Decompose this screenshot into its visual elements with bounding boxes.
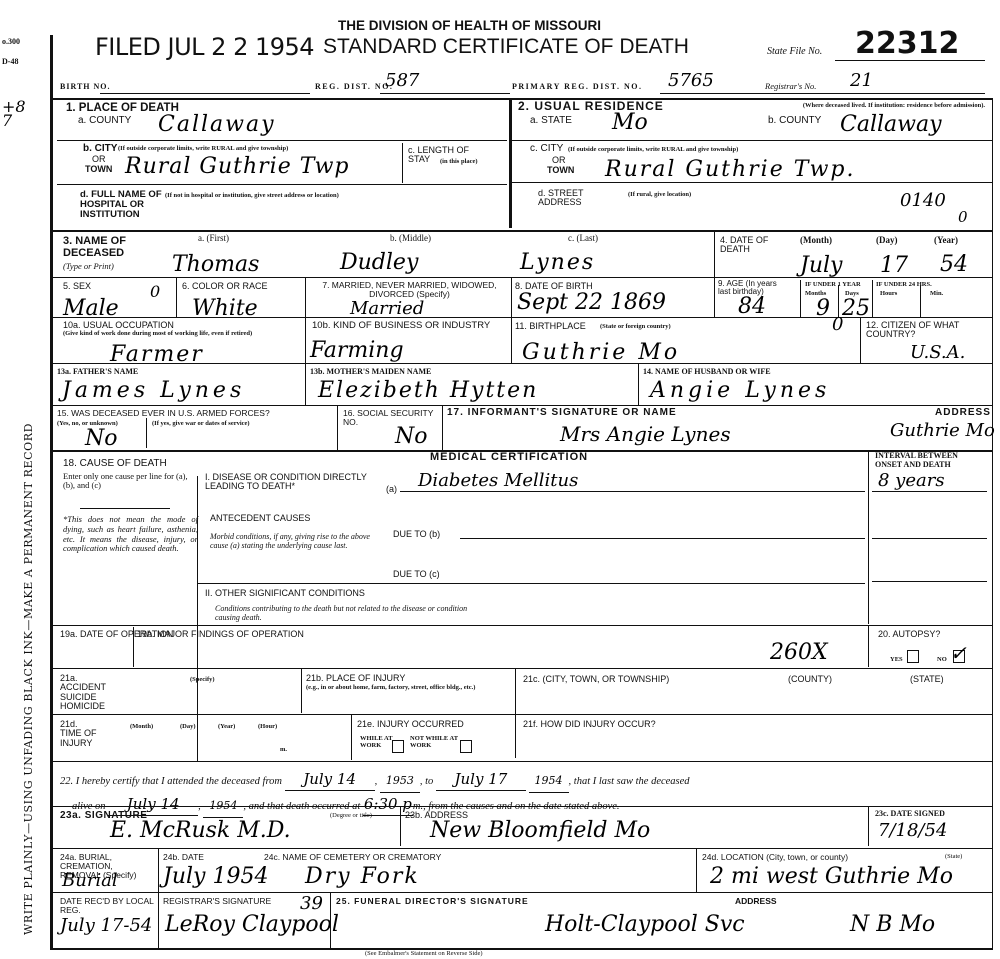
date-signed-value: 7/18/54 (878, 820, 947, 841)
first-name-value: Thomas (172, 252, 259, 277)
line-19 (50, 668, 993, 669)
line-22 (50, 806, 993, 807)
injury-county-label: (COUNTY) (788, 675, 832, 684)
spouse-value: Angie Lynes (650, 378, 830, 403)
residence-city-note: (If outside corporate limits, write RURA… (568, 146, 738, 153)
received-label: DATE REC'D BY LOCAL REG. (60, 897, 155, 915)
line-23 (50, 848, 993, 849)
burial-date-label: 24b. DATE (163, 853, 204, 862)
divider-days (838, 285, 839, 317)
injury-month-label: (Month) (130, 723, 153, 730)
burial-type-value: Burial (62, 870, 118, 891)
street-note: (If rural, give location) (628, 191, 691, 198)
divider-11 (511, 317, 512, 363)
frame-left (50, 35, 53, 950)
due-b-label: DUE TO (b) (393, 530, 440, 539)
death-city-town: TOWN (85, 165, 112, 174)
divider-17 (442, 405, 443, 450)
line-due-b (460, 538, 865, 539)
line-21d (50, 761, 993, 762)
death-month-label: (Month) (800, 236, 832, 245)
primary-reg-line (660, 93, 985, 94)
death-month-value: July (800, 253, 842, 278)
line-3 (50, 277, 993, 278)
injury-state-label: (STATE) (910, 675, 944, 684)
dob-value: Sept 22 1869 (517, 290, 666, 315)
autopsy-no-checkmark: ✓ (950, 641, 967, 665)
burial-location-label: 24d. LOCATION (City, town, or county) (702, 853, 848, 862)
medical-title: MEDICAL CERTIFICATION (430, 452, 588, 464)
sex-code: 0 (150, 282, 160, 301)
date-signed-label: 23c. DATE SIGNED (875, 810, 945, 819)
divider-21e (351, 714, 352, 760)
injury-day-label: (Day) (180, 723, 196, 730)
reg-dist-label: REG. DIST. NO. (315, 83, 393, 92)
not-while-at-work-label: NOT WHILE AT WORK (410, 735, 460, 749)
informant-address-label: ADDRESS (935, 408, 991, 419)
other-note: Conditions contributing to the death but… (215, 604, 475, 622)
signature-value: E. McRusk M.D. (110, 818, 291, 843)
certification-text: 22. I hereby certify that I attended the… (60, 768, 990, 818)
pencil-mark: +8 7 (2, 100, 32, 129)
residence-code: 0140 (900, 190, 946, 211)
father-label: 13a. FATHER'S NAME (57, 368, 138, 377)
divider-cause (197, 476, 198, 761)
state-file-label: State File No. (767, 46, 822, 58)
residence-state-value: Mo (612, 110, 648, 135)
divider-min (920, 285, 921, 317)
disease-label: I. DISEASE OR CONDITION DIRECTLY LEADING… (205, 473, 385, 492)
stay-note: (in this place) (440, 158, 478, 165)
citizen-label: 12. CITIZEN OF WHAT COUNTRY? (866, 321, 986, 340)
antecedent-note: Morbid conditions, if any, giving rise t… (210, 532, 385, 550)
cert-from-date: July 14 (285, 768, 375, 791)
other-label: II. OTHER SIGNIFICANT CONDITIONS (205, 589, 365, 598)
filed-stamp: FILED JUL 2 2 1954 (95, 33, 314, 61)
state-file-line (835, 60, 985, 61)
line-24 (50, 892, 993, 893)
primary-reg-number: 5765 (668, 70, 714, 91)
side-instruction: WRITE PLAINLY—USING UNFADING BLACK INK—M… (22, 423, 35, 935)
injury-hour-label: (Hour) (258, 723, 277, 730)
cause-footnote: *This does not mean the mode of dying, s… (63, 515, 198, 554)
cause-divider (80, 508, 170, 509)
cemetery-label: 24c. NAME OF CEMETERY OR CREMATORY (264, 853, 441, 862)
street-label: d. STREET ADDRESS (538, 189, 598, 208)
divider-23c (868, 806, 869, 846)
autopsy-yes-checkbox[interactable] (907, 650, 919, 663)
degree-label: (Degree or title) (330, 812, 372, 819)
divider-23b (400, 806, 401, 846)
mother-value: Elezibeth Hytten (318, 378, 538, 403)
date-of-death-label: 4. DATE OF DEATH (720, 236, 770, 255)
birth-no-line (100, 93, 310, 94)
death-day-value: 17 (880, 253, 908, 278)
interval-value: 8 years (878, 470, 945, 491)
line-other (50, 625, 993, 626)
reg-dist-line (380, 93, 510, 94)
death-city-value: Rural Guthrie Twp (125, 154, 350, 179)
residence-code-mark: 0 (958, 208, 968, 226)
antecedent-label: ANTECEDENT CAUSES (210, 514, 310, 523)
occupation-note: (Give kind of work done during most of w… (63, 330, 263, 337)
hospital-note: (If not in hospital or institution, give… (165, 192, 485, 199)
name-note: (Type or Print) (63, 262, 114, 272)
while-at-work-checkbox[interactable] (392, 740, 404, 753)
due-c-label: DUE TO (c) (393, 570, 440, 579)
residence-county-value: Callaway (840, 112, 942, 137)
divider-12 (860, 317, 861, 363)
informant-label: 17. INFORMANT'S SIGNATURE OR NAME (447, 408, 677, 419)
burial-location-value: 2 mi west Guthrie Mo (710, 864, 953, 889)
cemetery-value: Dry Fork (305, 864, 420, 889)
cert-from-year: 1953 (380, 770, 420, 793)
informant-value: Mrs Angie Lynes (560, 422, 731, 446)
divider-armed (146, 418, 147, 448)
birth-no-label: BIRTH NO. (60, 83, 111, 92)
cert-to-date: July 17 (436, 768, 526, 791)
line-disease (400, 491, 865, 492)
line-2a (512, 140, 992, 141)
cert-address-value: New Bloomfield Mo (430, 818, 650, 843)
birthplace-label: 11. BIRTHPLACE (515, 322, 586, 331)
cert-text-2: , that I last saw the deceased (569, 776, 690, 787)
registrar-no-label: Registrar's No. (765, 82, 816, 92)
while-at-work-label: WHILE AT WORK (360, 735, 395, 749)
director-address-label: ADDRESS (735, 897, 777, 906)
divider-months (800, 280, 801, 317)
injury-how-label: 21f. HOW DID INJURY OCCUR? (523, 720, 656, 729)
residence-note: (Where deceased lived. If institution: r… (660, 102, 985, 109)
margin-code-bottom: D-48 (2, 58, 18, 67)
divider-19b (133, 627, 134, 667)
residence-city-label: c. CITY (530, 144, 563, 155)
operation-findings-label: 19b. MAJOR FINDINGS OF OPERATION (137, 630, 304, 639)
interval-label: INTERVAL BETWEEN ONSET AND DEATH (875, 452, 985, 470)
death-year-label: (Year) (934, 236, 958, 245)
injury-year-label: (Year) (218, 723, 235, 730)
divider-25 (330, 892, 331, 948)
injury-type-label: 21a. ACCIDENT SUICIDE HOMICIDE (60, 674, 122, 712)
injury-specify-label: (Specify) (190, 676, 215, 683)
hospital-label: d. FULL NAME OF HOSPITAL OR INSTITUTION (80, 190, 162, 220)
agency-name: THE DIVISION OF HEALTH OF MISSOURI (338, 18, 601, 33)
name-label: 3. NAME OF DECEASED (63, 236, 143, 259)
divider-hours (872, 280, 873, 317)
spouse-label: 14. NAME OF HUSBAND OR WIFE (643, 368, 771, 377)
disease-value: Diabetes Mellitus (418, 470, 578, 491)
death-county-value: Callaway (158, 112, 276, 137)
last-name-label: c. (Last) (568, 234, 598, 243)
divider-10b (305, 317, 306, 363)
divider-21c (515, 668, 516, 758)
injury-occurred-label: 21e. INJURY OCCURRED (357, 720, 464, 729)
line-interval (872, 491, 987, 492)
divider-1c (402, 143, 403, 183)
injury-hour-suffix: m. (280, 746, 287, 753)
death-day-label: (Day) (876, 236, 898, 245)
injury-location-label: 21c. (CITY, TOWN, OR TOWNSHIP) (523, 675, 669, 684)
autopsy-label: 20. AUTOPSY? (878, 630, 940, 639)
death-city-label: b. CITY (83, 144, 117, 155)
divider-4 (714, 231, 715, 277)
line-13 (50, 405, 993, 406)
father-value: James Lynes (62, 378, 245, 403)
informant-address-value: Guthrie Mo (890, 420, 995, 441)
armed-label: 15. WAS DECEASED EVER IN U.S. ARMED FORC… (57, 409, 270, 418)
sex-label: 5. SEX (63, 282, 91, 291)
line-5 (50, 317, 993, 318)
death-city-note: (If outside corporate limits, write RURA… (118, 145, 348, 152)
cause-note: Enter only one cause per line for (a), (… (63, 472, 198, 491)
autopsy-yes-label: YES (890, 656, 903, 663)
race-label: 6. COLOR OR RACE (182, 282, 268, 291)
death-year-value: 54 (940, 252, 968, 277)
cert-to-year: 1954 (529, 770, 569, 793)
divider-13b (305, 363, 306, 405)
mother-label: 13b. MOTHER'S MAIDEN NAME (310, 368, 431, 377)
line-1a (57, 140, 507, 141)
director-value: Holt-Claypool Svc (545, 912, 745, 937)
page-title: STANDARD CERTIFICATE OF DEATH (323, 35, 689, 59)
frame-right (992, 100, 993, 950)
director-label: 25. FUNERAL DIRECTOR'S SIGNATURE (336, 897, 529, 906)
injury-place-note: (e.g., in or about home, farm, factory, … (306, 684, 511, 691)
injury-time-label: 21d. TIME OF INJURY (60, 720, 100, 748)
divider-8 (511, 277, 512, 317)
reg-dist-number: 587 (385, 70, 419, 91)
middle-name-value: Dudley (340, 250, 418, 275)
divider-6 (176, 277, 177, 317)
registrar-sig-number: 39 (300, 893, 323, 914)
min-label: Min. (930, 290, 943, 297)
divider-section-3 (50, 230, 993, 232)
residence-county-label: b. COUNTY (768, 116, 821, 127)
line-interval-c (872, 581, 987, 582)
primary-reg-label: PRIMARY REG. DIST. NO. (512, 83, 643, 92)
state-file-number: 22312 (855, 26, 959, 61)
birthplace-value: Guthrie Mo (522, 340, 680, 365)
burial-date-value: July 1954 (163, 864, 268, 889)
line-2c (512, 182, 992, 183)
injury-place-label: 21b. PLACE OF INJURY (306, 674, 405, 683)
business-label: 10b. KIND OF BUSINESS OR INDUSTRY (312, 321, 507, 331)
registrar-sig-label: REGISTRAR'S SIGNATURE (163, 897, 271, 906)
divider-section-1-2 (509, 98, 512, 228)
under-1yr-label: IF UNDER 1 YEAR (805, 281, 861, 288)
footer-note: (See Embalmer's Statement on Reverse Sid… (365, 950, 483, 957)
director-address-value: N B Mo (850, 912, 935, 937)
death-county-label: a. COUNTY (78, 116, 131, 127)
frame-bottom (50, 948, 993, 950)
birthplace-note: (State or foreign country) (600, 323, 671, 330)
armed-value: No (85, 426, 118, 451)
disease-letter: (a) (386, 485, 397, 494)
marital-label: 7. MARRIED, NEVER MARRIED, WIDOWED, DIVO… (312, 281, 507, 299)
line-10 (50, 363, 993, 364)
divider-24d-real (696, 848, 697, 892)
received-value: July 17-54 (60, 915, 152, 936)
residence-state-label: a. STATE (530, 116, 572, 127)
burial-state-label: (State) (945, 853, 962, 860)
divider-9 (714, 277, 715, 317)
hours-label: Hours (880, 290, 897, 297)
line-due-c (197, 583, 865, 584)
marital-value: Married (350, 298, 424, 319)
operation-code: 260X (770, 640, 828, 665)
not-while-at-work-checkbox[interactable] (460, 740, 472, 753)
under-24-label: IF UNDER 24 HRS. (876, 281, 932, 288)
business-value: Farming (310, 338, 404, 363)
margin-code-top: o.300 (2, 38, 20, 47)
divider-20 (868, 625, 869, 667)
divider-16 (337, 405, 338, 450)
residence-city-value: Rural Guthrie Twp. (605, 157, 856, 182)
line-interval-b (872, 538, 987, 539)
registrar-number: 21 (850, 70, 873, 91)
registrar-sig-value: LeRoy Claypool (165, 912, 339, 937)
middle-name-label: b. (Middle) (390, 234, 431, 243)
ssn-value: No (395, 424, 428, 449)
divider-7 (305, 277, 306, 317)
divider-24b (158, 848, 159, 948)
divider-14 (638, 363, 639, 405)
birthplace-code: 0 (832, 314, 843, 335)
divider-21b (301, 668, 302, 713)
autopsy-no-label: NO (937, 656, 947, 663)
age-value: 84 (738, 294, 766, 319)
first-name-label: a. (First) (198, 234, 229, 243)
citizen-value: U.S.A. (910, 342, 965, 363)
line-1b (57, 184, 507, 185)
residence-city-town: TOWN (547, 166, 574, 175)
armed-note-2: (If yes, give war or dates of service) (152, 420, 250, 427)
last-name-value: Lynes (520, 250, 595, 275)
line-21a (50, 714, 993, 715)
cause-label: 18. CAUSE OF DEATH (63, 459, 167, 470)
cert-text-1: 22. I hereby certify that I attended the… (60, 776, 282, 787)
cert-text-to: , to (420, 776, 433, 787)
divider-interval (868, 452, 869, 624)
